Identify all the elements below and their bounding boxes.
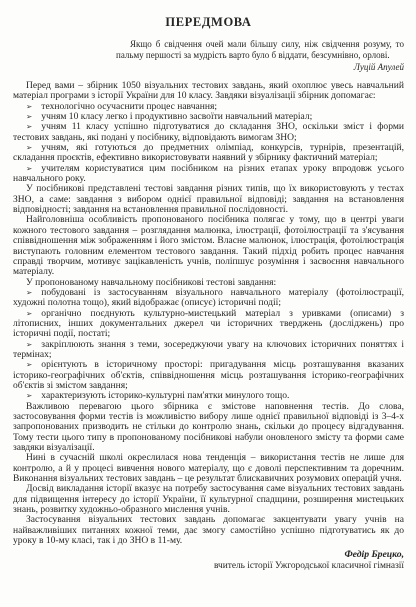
bullet-text: технологічно осучаснити процес навчання; [41,101,217,112]
bullet-arrow-icon: ➢ [26,309,32,318]
paragraph: Досвід викладання історії вказує на потр… [13,484,404,515]
bullet-text: учням, які готуються до предметних олімп… [13,142,404,163]
bullet-arrow-icon: ➢ [26,360,32,369]
bullet-item: ➢орієнтують в історичному просторі: приг… [13,360,404,391]
paragraph: Перед вами – збірник 1050 візуальних тес… [13,81,404,102]
bullet-arrow-icon: ➢ [26,102,32,111]
paragraph-text: У пропонованому навчальному посібникові … [26,277,276,288]
signature-block: Федір Брецко, вчитель історії Ужгородськ… [13,549,404,572]
bullet-arrow-icon: ➢ [26,340,32,349]
bullet-text: побудовані із застосуванням візуального … [13,287,404,308]
paragraph-text: Перед вами – збірник 1050 візуальних тес… [13,80,404,101]
bullet-arrow-icon: ➢ [26,391,32,400]
paragraph-text: Важливою перевагою цього збірника є зміс… [13,401,404,453]
bullet-item: ➢закріплюють знання з теми, зосереджуючи… [13,340,404,361]
epigraph-author: Луцій Апулей [116,62,404,73]
bullet-text: закріплюють знання з теми, зосереджуючи … [13,339,404,360]
paragraph-text: Нині в сучасній школі окреслилася нова т… [13,452,404,484]
bullet-item: ➢органічно поєднують культурно-мистецьки… [13,309,404,340]
signature-name: Федір Брецко, [13,549,404,561]
document-page: ПЕРЕДМОВА Якщо б свідчення очей мали біл… [0,0,416,607]
document-body: Перед вами – збірник 1050 візуальних тес… [13,81,404,546]
page-title: ПЕРЕДМОВА [13,15,404,30]
paragraph: У посібникові представлені тестові завда… [13,184,404,215]
paragraph: Важливою перевагою цього збірника є зміс… [13,402,404,454]
bullet-text: учням 11 класу успішно підготуватися до … [13,121,404,142]
bullet-text: характеризують історико-культурні пам'ят… [41,390,289,401]
bullet-arrow-icon: ➢ [26,143,32,152]
paragraph: Нині в сучасній школі окреслилася нова т… [13,453,404,484]
paragraph-text: У посібникові представлені тестові завда… [13,183,404,215]
paragraph-text: Найголовніша особливість пропонованого п… [13,214,404,277]
bullet-text: учням 10 класу легко і продуктивно засво… [41,111,312,122]
paragraph-text: Досвід викладання історії вказує на потр… [13,483,404,515]
bullet-text: орієнтують в історичному просторі: прига… [13,359,404,391]
bullet-item: ➢учням, які готуються до предметних олім… [13,143,404,164]
bullet-item: ➢побудовані із застосуванням візуального… [13,288,404,309]
epigraph-text: Якщо б свідчення очей мали більшу силу, … [116,39,404,61]
epigraph: Якщо б свідчення очей мали більшу силу, … [116,39,404,73]
bullet-item: ➢учням 11 класу успішно підготуватися до… [13,122,404,143]
bullet-arrow-icon: ➢ [26,112,32,121]
signature-role: вчитель історії Ужгородської класичної г… [13,561,404,573]
bullet-item: ➢учителям користуватися цим посібником н… [13,164,404,185]
bullet-arrow-icon: ➢ [26,122,32,131]
paragraph: Застосування візуальних тестових завдань… [13,515,404,546]
paragraph-text: Застосування візуальних тестових завдань… [13,514,404,546]
bullet-arrow-icon: ➢ [26,164,32,173]
bullet-text: органічно поєднують культурно-мистецький… [13,308,404,340]
bullet-text: учителям користуватися цим посібником на… [13,163,404,184]
paragraph: Найголовніша особливість пропонованого п… [13,215,404,277]
bullet-arrow-icon: ➢ [26,288,32,297]
